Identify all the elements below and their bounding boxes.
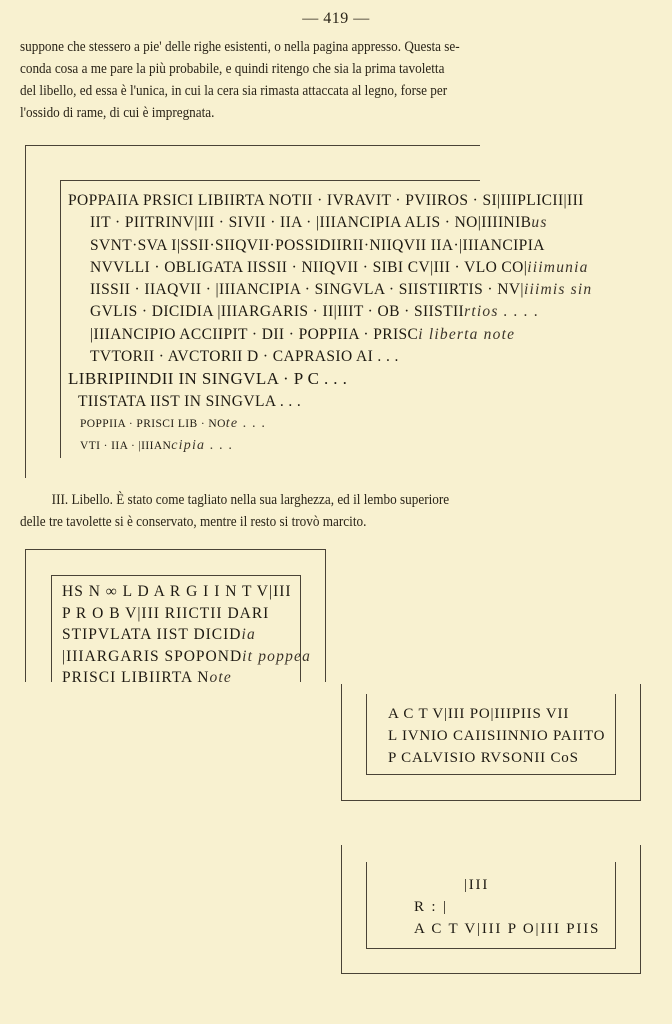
text-line: del libello, ed essa è l'unica, in cui l… — [20, 80, 460, 102]
inscription-line: SVNT·SVA I|SSII·SIIQVII·POSSIDIIRII·NIIQ… — [68, 235, 592, 257]
text-line: delle tre tavolette si è conservato, men… — [20, 511, 449, 533]
inscription-line: NVVLLI · OBLIGATA IISSII · NIIQVII · SIB… — [68, 257, 592, 279]
inscription-line: R : | — [414, 896, 600, 918]
inscription-line: |III — [414, 874, 600, 896]
inscription-line: LIBRIPIINDII IN SINGVLA · P C . . . — [68, 368, 592, 390]
inscription-line: P R O B V|III RIICTII DARI — [62, 603, 311, 625]
inscription-line: POPPAIIA PRSICI LIBIIRTA NOTII · IVRAVIT… — [68, 190, 592, 212]
inscription-line: A C T V|III P O|III PIIS — [414, 918, 600, 940]
tablet3-inscription: A C T V|III PO|IIIPIIS VII L IVNIO CAIIS… — [388, 703, 605, 769]
inscription-line: L IVNIO CAIISIINNIO PAIITO — [388, 725, 605, 747]
inscription-line: HS N ∞ L D A R G I I N T V|III — [62, 581, 311, 603]
text-line: III. Libello. È stato come tagliato nell… — [20, 489, 449, 511]
inscription-line: TIISTATA IIST IN SINGVLA . . . — [68, 391, 592, 413]
text-line: conda cosa a me pare la più probabile, e… — [20, 58, 460, 80]
inscription-line: A C T V|III PO|IIIPIIS VII — [388, 703, 605, 725]
inscription-line: IISSII · IIAQVII · |IIIANCIPIA · SINGVLA… — [68, 279, 592, 301]
inscription-line: STIPVLATA IIST DICIDia — [62, 624, 311, 646]
inscription-line: POPPIIA · PRISCI LIB · NOte . . . — [68, 413, 592, 435]
inscription-line: IIT · PIITRINV|III · SIVII · IIA · |IIIA… — [68, 212, 592, 234]
inscription-line: P CALVISIO RVSONII CoS — [388, 747, 605, 769]
inscription-line: PRISCI LIBIIRTA Note — [62, 667, 311, 689]
inscription-line: |IIIANCIPIO ACCIIPIT · DII · POPPIIA · P… — [68, 324, 592, 346]
inscription-line: TVTORII · AVCTORII D · CAPRASIO AI . . . — [68, 346, 592, 368]
inscription-line: GVLIS · DICIDIA |IIIARGARIS · II|IIIT · … — [68, 301, 592, 323]
tablet2-inscription: HS N ∞ L D A R G I I N T V|III P R O B V… — [62, 581, 311, 689]
page-number: — 419 — — [0, 10, 672, 28]
text-line: suppone che stessero a pie' delle righe … — [20, 36, 460, 58]
tablet4-inscription: |III R : | A C T V|III P O|III PIIS — [414, 874, 600, 940]
tablet1-inscription: POPPAIIA PRSICI LIBIIRTA NOTII · IVRAVIT… — [68, 190, 592, 457]
paragraph-libello-iii: III. Libello. È stato come tagliato nell… — [20, 489, 449, 533]
inscription-line: VTI · IIA · |IIIANcipia . . . — [68, 435, 592, 457]
paragraph-intro: suppone che stessero a pie' delle righe … — [20, 36, 460, 124]
inscription-line: |IIIARGARIS SPOPONDit poppea — [62, 646, 311, 668]
text-line: l'ossido di rame, di cui è impregnata. — [20, 102, 460, 124]
